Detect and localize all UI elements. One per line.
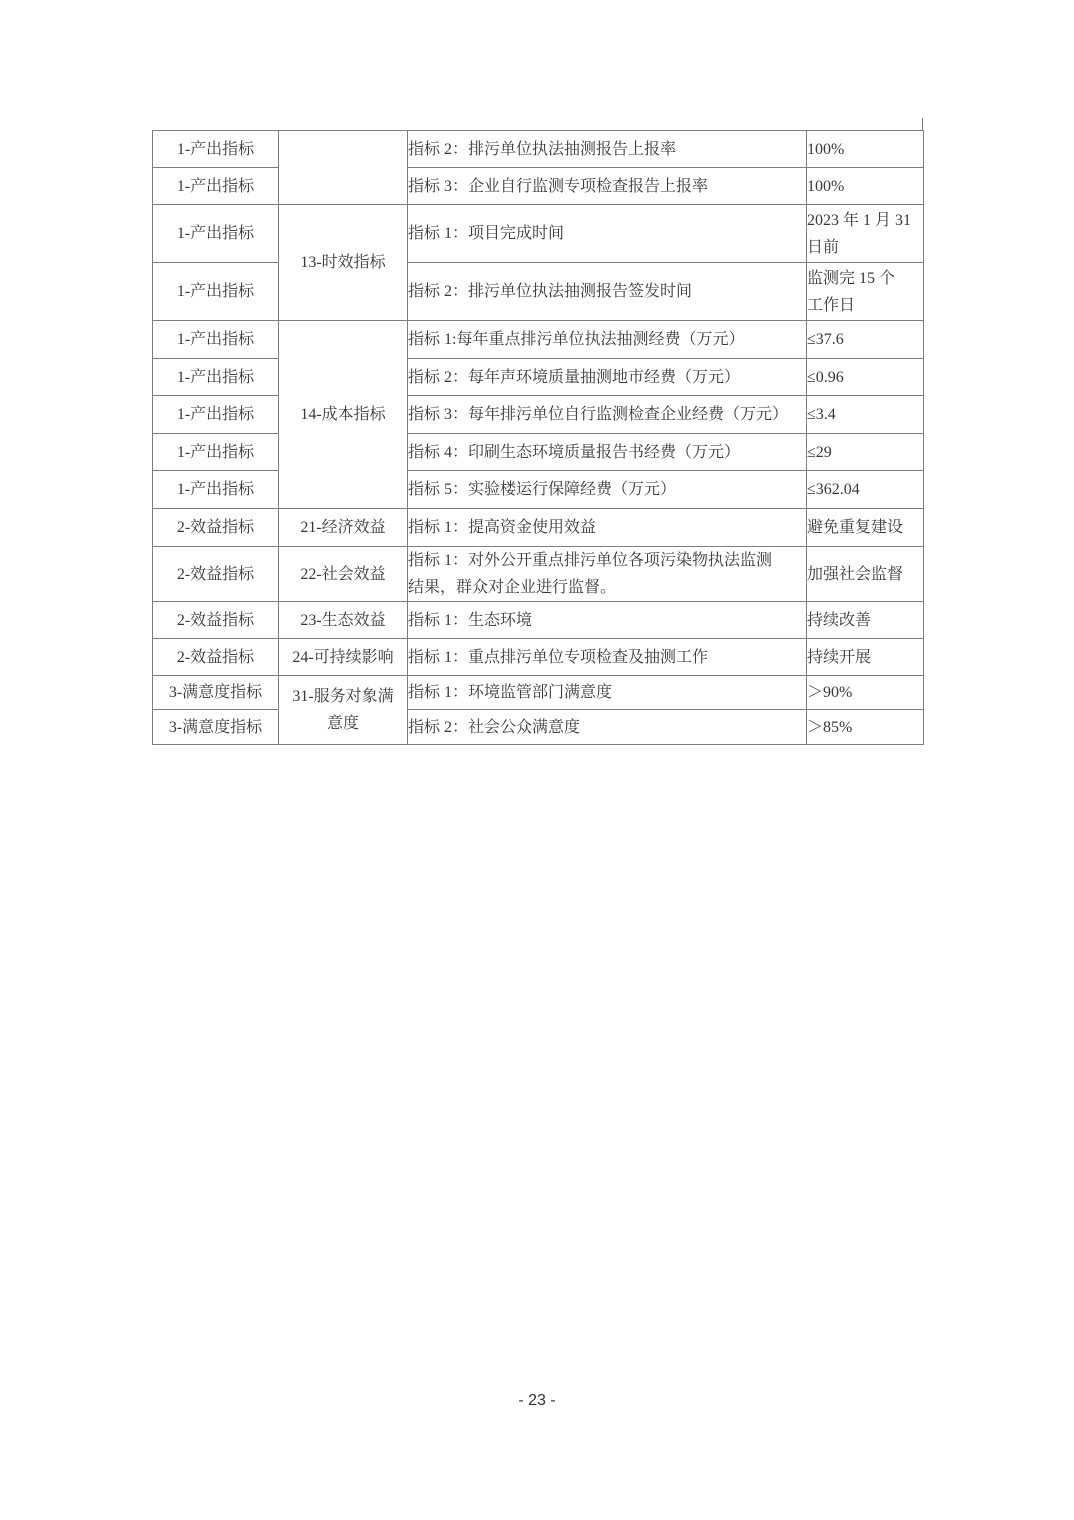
cell-value: ＞85% [807,710,924,745]
cell-value: 持续改善 [807,602,924,639]
cell-indicator: 指标 2：社会公众满意度 [408,710,807,745]
cell-indicator: 指标 1：重点排污单位专项检查及抽测工作 [408,639,807,676]
table-row: 2-效益指标 22-社会效益 指标 1：对外公开重点排污单位各项污染物执法监测 … [153,547,924,602]
cell-level1: 1-产出指标 [153,205,279,263]
cell-value: 加强社会监督 [807,547,924,602]
document-page: 1-产出指标 指标 2：排污单位执法抽测报告上报率 100% 1-产出指标 指标… [0,0,1074,1520]
table-row: 3-满意度指标 指标 2：社会公众满意度 ＞85% [153,710,924,745]
cell-level1: 1-产出指标 [153,168,279,205]
performance-indicator-table: 1-产出指标 指标 2：排污单位执法抽测报告上报率 100% 1-产出指标 指标… [152,130,924,745]
cell-level1: 1-产出指标 [153,434,279,471]
cell-value: 100% [807,131,924,168]
cell-level1: 2-效益指标 [153,639,279,676]
cell-indicator: 指标 1：环境监管部门满意度 [408,676,807,710]
table-row: 1-产出指标 13-时效指标 指标 1：项目完成时间 2023 年 1 月 31… [153,205,924,263]
cell-value: ＞90% [807,676,924,710]
table-row: 2-效益指标 21-经济效益 指标 1：提高资金使用效益 避免重复建设 [153,509,924,547]
cell-level1: 1-产出指标 [153,263,279,321]
cell-level2-continued-empty [279,131,408,205]
cell-value: ≤0.96 [807,359,924,396]
cell-level2: 24-可持续影响 [279,639,408,676]
table-row: 1-产出指标 指标 3：每年排污单位自行监测检查企业经费（万元） ≤3.4 [153,396,924,434]
cell-value: 持续开展 [807,639,924,676]
cell-indicator: 指标 1：提高资金使用效益 [408,509,807,547]
cell-indicator: 指标 3：企业自行监测专项检查报告上报率 [408,168,807,205]
cell-level1: 1-产出指标 [153,321,279,359]
table-row: 1-产出指标 指标 3：企业自行监测专项检查报告上报率 100% [153,168,924,205]
cell-level2: 31-服务对象满 意度 [279,676,408,745]
table-row: 1-产出指标 14-成本指标 指标 1:每年重点排污单位执法抽测经费（万元） ≤… [153,321,924,359]
page-number: - 23 - [0,1392,1074,1410]
cell-indicator: 指标 1：对外公开重点排污单位各项污染物执法监测 结果，群众对企业进行监督。 [408,547,807,602]
cell-value: ≤362.04 [807,471,924,509]
table-row: 1-产出指标 指标 2：排污单位执法抽测报告上报率 100% [153,131,924,168]
table-row: 1-产出指标 指标 2：排污单位执法抽测报告签发时间 监测完 15 个 工作日 [153,263,924,321]
cell-value: 2023 年 1 月 31 日前 [807,205,924,263]
cell-level1: 2-效益指标 [153,602,279,639]
cell-value: ≤29 [807,434,924,471]
cell-indicator: 指标 3：每年排污单位自行监测检查企业经费（万元） [408,396,807,434]
cell-level2: 14-成本指标 [279,321,408,509]
cell-value: 避免重复建设 [807,509,924,547]
cell-level1: 3-满意度指标 [153,710,279,745]
cell-level1: 1-产出指标 [153,131,279,168]
cell-level2: 21-经济效益 [279,509,408,547]
cell-indicator: 指标 1：生态环境 [408,602,807,639]
table-row: 2-效益指标 23-生态效益 指标 1：生态环境 持续改善 [153,602,924,639]
table-row: 1-产出指标 指标 2：每年声环境质量抽测地市经费（万元） ≤0.96 [153,359,924,396]
cell-level1: 1-产出指标 [153,471,279,509]
cell-level1: 1-产出指标 [153,359,279,396]
cell-level2: 13-时效指标 [279,205,408,321]
cell-indicator: 指标 1：项目完成时间 [408,205,807,263]
table-right-edge-stub [922,118,923,130]
cell-indicator: 指标 4：印刷生态环境质量报告书经费（万元） [408,434,807,471]
cell-value: 监测完 15 个 工作日 [807,263,924,321]
cell-indicator: 指标 1:每年重点排污单位执法抽测经费（万元） [408,321,807,359]
cell-indicator: 指标 2：排污单位执法抽测报告签发时间 [408,263,807,321]
cell-indicator: 指标 5：实验楼运行保障经费（万元） [408,471,807,509]
cell-level2: 22-社会效益 [279,547,408,602]
cell-level1: 3-满意度指标 [153,676,279,710]
cell-level1: 2-效益指标 [153,547,279,602]
cell-indicator: 指标 2：排污单位执法抽测报告上报率 [408,131,807,168]
table-row: 1-产出指标 指标 4：印刷生态环境质量报告书经费（万元） ≤29 [153,434,924,471]
cell-value: 100% [807,168,924,205]
cell-level1: 1-产出指标 [153,396,279,434]
cell-level1: 2-效益指标 [153,509,279,547]
table-row: 2-效益指标 24-可持续影响 指标 1：重点排污单位专项检查及抽测工作 持续开… [153,639,924,676]
cell-indicator: 指标 2：每年声环境质量抽测地市经费（万元） [408,359,807,396]
table-row: 1-产出指标 指标 5：实验楼运行保障经费（万元） ≤362.04 [153,471,924,509]
table-row: 3-满意度指标 31-服务对象满 意度 指标 1：环境监管部门满意度 ＞90% [153,676,924,710]
cell-value: ≤37.6 [807,321,924,359]
cell-value: ≤3.4 [807,396,924,434]
cell-level2: 23-生态效益 [279,602,408,639]
